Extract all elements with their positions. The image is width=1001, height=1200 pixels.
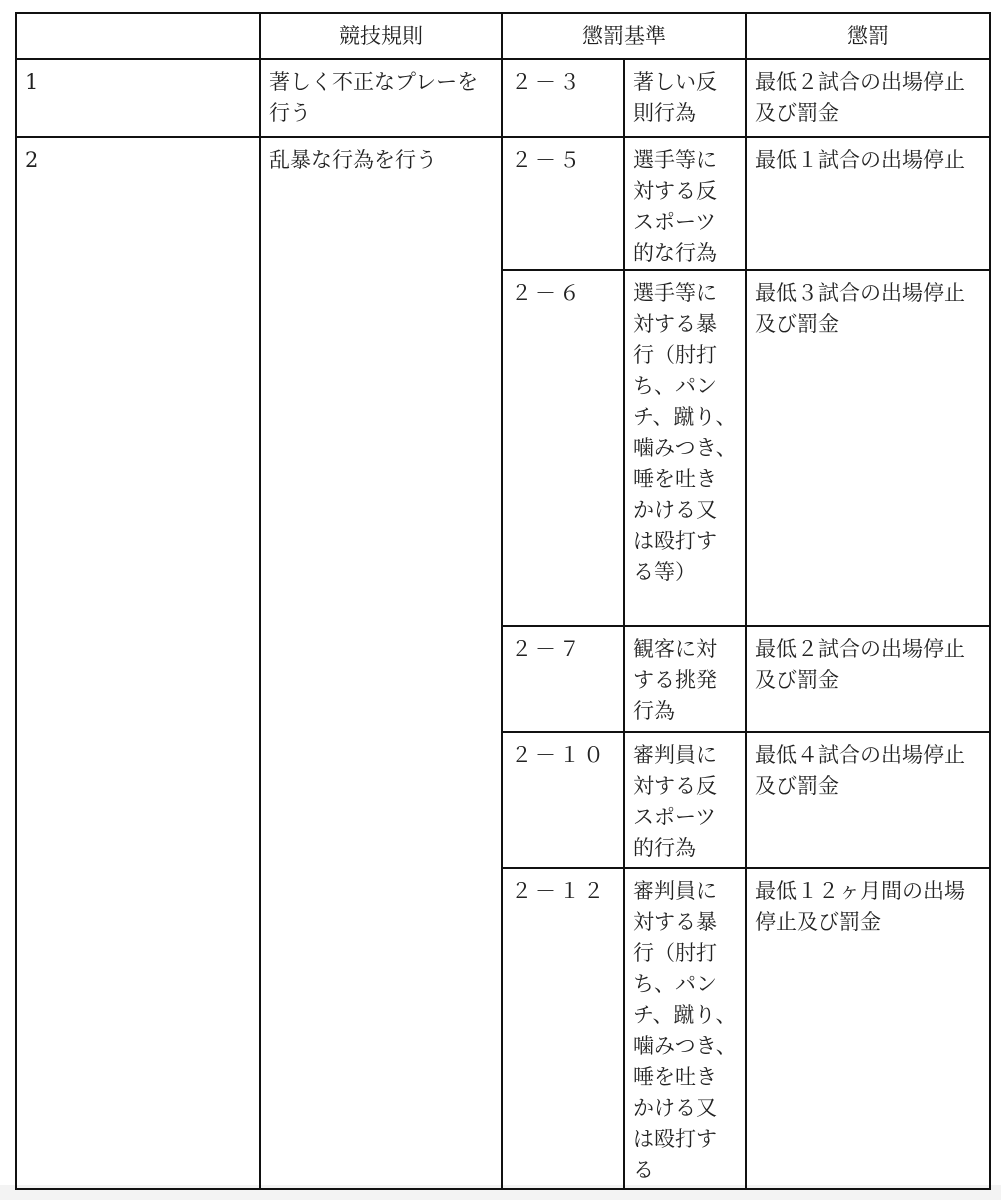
header-criteria: 懲罰基準 — [502, 13, 746, 59]
criteria-description: 選手等に対する暴行（肘打ち、パンチ、蹴り、噛みつき、唾を吐きかける又は殴打する等… — [624, 270, 746, 626]
header-rule: 競技規則 — [260, 13, 502, 59]
penalty-text: 最低２試合の出場停止及び罰金 — [746, 626, 990, 732]
criteria-description: 審判員に対する暴行（肘打ち、パンチ、蹴り、噛みつき、唾を吐きかける又は殴打する — [624, 868, 746, 1189]
header-penalty: 懲罰 — [746, 13, 990, 59]
criteria-code: ２－５ — [502, 137, 624, 270]
penalty-text: 最低４試合の出場停止及び罰金 — [746, 732, 990, 868]
criteria-code: ２－１０ — [502, 732, 624, 868]
rule-text: 乱暴な行為を行う — [260, 137, 502, 1189]
rule-text: 著しく不正なプレーを行う — [260, 59, 502, 137]
header-blank — [16, 13, 260, 59]
table-row: 2 乱暴な行為を行う ２－５ 選手等に対する反スポーツ的な行為 最低１試合の出場… — [16, 137, 990, 270]
criteria-code: ２－７ — [502, 626, 624, 732]
criteria-code: ２－６ — [502, 270, 624, 626]
penalty-text: 最低３試合の出場停止及び罰金 — [746, 270, 990, 626]
criteria-code: ２－１２ — [502, 868, 624, 1189]
criteria-description: 審判員に対する反スポーツ的行為 — [624, 732, 746, 868]
penalty-rules-table: 競技規則 懲罰基準 懲罰 1 著しく不正なプレーを行う ２－３ 著しい反則行為 … — [15, 12, 991, 1190]
penalty-text: 最低１２ヶ月間の出場停止及び罰金 — [746, 868, 990, 1189]
criteria-code: ２－３ — [502, 59, 624, 137]
criteria-description: 観客に対する挑発行為 — [624, 626, 746, 732]
criteria-description: 選手等に対する反スポーツ的な行為 — [624, 137, 746, 270]
penalty-text: 最低１試合の出場停止 — [746, 137, 990, 270]
penalty-text: 最低２試合の出場停止及び罰金 — [746, 59, 990, 137]
row-number: 2 — [16, 137, 260, 1189]
table-row: 1 著しく不正なプレーを行う ２－３ 著しい反則行為 最低２試合の出場停止及び罰… — [16, 59, 990, 137]
criteria-description: 著しい反則行為 — [624, 59, 746, 137]
row-number: 1 — [16, 59, 260, 137]
header-row: 競技規則 懲罰基準 懲罰 — [16, 13, 990, 59]
